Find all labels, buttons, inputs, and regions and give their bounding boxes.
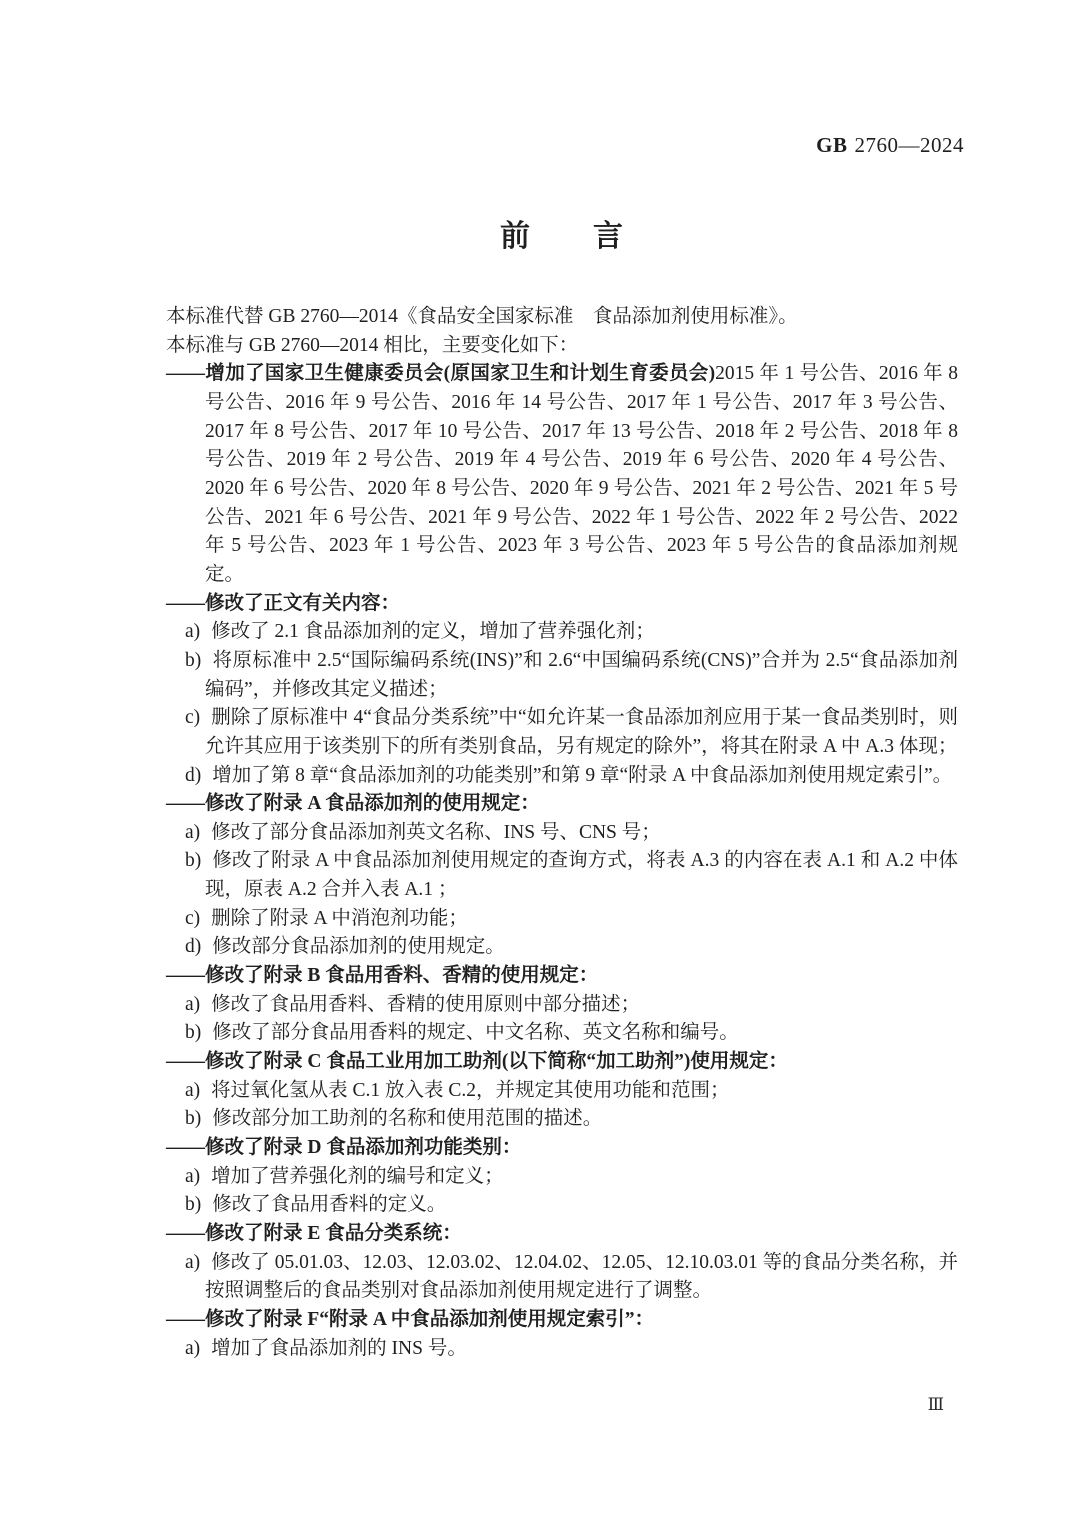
foreword-item: ——增加了国家卫生健康委员会(原国家卫生和计划生育委员会)2015 年 1 号公… <box>166 360 958 589</box>
item-rest: 2015 年 1 号公告、2016 年 8 号公告、2016 年 9 号公告、2… <box>205 363 958 585</box>
foreword-sub-item: a)增加了营养强化剂的编号和定义； <box>166 1163 958 1192</box>
standard-code-number: 2760—2024 <box>855 133 965 157</box>
sub-item-marker: b) <box>185 1194 201 1215</box>
foreword-item: ——修改了正文有关内容： <box>166 590 958 619</box>
sub-item-text: 删除了原标准中 4“食品分类系统”中“如允许某一食品添加剂应用于某一食品类别时，… <box>205 707 958 757</box>
sub-item-marker: a) <box>185 1252 200 1273</box>
foreword-sub-item: a)修改了 05.01.03、12.03、12.03.02、12.04.02、1… <box>166 1249 958 1306</box>
sub-item-marker: b) <box>185 1022 201 1043</box>
dash-marker: —— <box>166 1309 205 1330</box>
dash-marker: —— <box>166 363 205 384</box>
sub-item-text: 修改了食品用香料、香精的使用原则中部分描述； <box>211 994 640 1015</box>
sub-item-marker: a) <box>185 994 200 1015</box>
foreword-sub-item: d)增加了第 8 章“食品添加剂的功能类别”和第 9 章“附录 A 中食品添加剂… <box>166 762 958 791</box>
item-lead: 修改了附录 B 食品用香料、香精的使用规定： <box>205 965 598 986</box>
foreword-content: 本标准代替 GB 2760—2014《食品安全国家标准 食品添加剂使用标准》。 … <box>166 303 958 1363</box>
sub-item-marker: d) <box>185 765 201 786</box>
sub-item-text: 修改了食品用香料的定义。 <box>212 1194 446 1215</box>
dash-marker: —— <box>166 1051 205 1072</box>
foreword-item: ——修改了附录 B 食品用香料、香精的使用规定： <box>166 962 958 991</box>
sub-item-marker: a) <box>185 1166 200 1187</box>
standard-code: GB2760—2024 <box>816 133 964 158</box>
item-lead: 修改了附录 A 食品添加剂的使用规定： <box>205 793 540 814</box>
item-lead: 修改了附录 F“附录 A 中食品添加剂使用规定索引”： <box>205 1309 654 1330</box>
foreword-item: ——修改了附录 E 食品分类系统： <box>166 1220 958 1249</box>
foreword-sub-item: b)修改了附录 A 中食品添加剂使用规定的查询方式，将表 A.3 的内容在表 A… <box>166 847 958 904</box>
foreword-sub-item: a)修改了食品用香料、香精的使用原则中部分描述； <box>166 991 958 1020</box>
sub-item-text: 将过氧化氢从表 C.1 放入表 C.2，并规定其使用功能和范围； <box>211 1080 729 1101</box>
foreword-sub-item: d)修改部分食品添加剂的使用规定。 <box>166 933 958 962</box>
intro-paragraph: 本标准代替 GB 2760—2014《食品安全国家标准 食品添加剂使用标准》。 <box>166 303 958 332</box>
dash-marker: —— <box>166 1137 205 1158</box>
foreword-sub-item: b)修改了食品用香料的定义。 <box>166 1191 958 1220</box>
sub-item-marker: b) <box>185 650 201 671</box>
page-number: Ⅲ <box>928 1395 944 1415</box>
sub-item-text: 将原标准中 2.5“国际编码系统(INS)”和 2.6“中国编码系统(CNS)”… <box>205 650 958 700</box>
foreword-item: ——修改了附录 F“附录 A 中食品添加剂使用规定索引”： <box>166 1306 958 1335</box>
sub-item-text: 增加了食品添加剂的 INS 号。 <box>211 1338 467 1359</box>
foreword-sub-item: b)将原标准中 2.5“国际编码系统(INS)”和 2.6“中国编码系统(CNS… <box>166 647 958 704</box>
foreword-item: ——修改了附录 A 食品添加剂的使用规定： <box>166 790 958 819</box>
dash-marker: —— <box>166 593 205 614</box>
sub-item-marker: d) <box>185 936 201 957</box>
item-lead: 修改了正文有关内容： <box>205 593 400 614</box>
dash-marker: —— <box>166 1223 205 1244</box>
item-lead: 增加了国家卫生健康委员会(原国家卫生和计划生育委员会) <box>205 363 715 384</box>
sub-item-text: 修改了部分食品添加剂英文名称、INS 号、CNS 号； <box>211 822 661 843</box>
foreword-sub-item: a)增加了食品添加剂的 INS 号。 <box>166 1335 958 1364</box>
sub-item-marker: a) <box>185 1080 200 1101</box>
sub-item-text: 修改了附录 A 中食品添加剂使用规定的查询方式，将表 A.3 的内容在表 A.1… <box>205 850 958 900</box>
sub-item-marker: c) <box>185 908 200 929</box>
foreword-item: ——修改了附录 C 食品工业用加工助剂(以下简称“加工助剂”)使用规定： <box>166 1048 958 1077</box>
dash-marker: —— <box>166 793 205 814</box>
sub-item-text: 增加了营养强化剂的编号和定义； <box>211 1166 504 1187</box>
item-lead: 修改了附录 D 食品添加剂功能类别： <box>205 1137 521 1158</box>
foreword-sub-item: a)修改了部分食品添加剂英文名称、INS 号、CNS 号； <box>166 819 958 848</box>
foreword-sub-item: c)删除了附录 A 中消泡剂功能； <box>166 905 958 934</box>
sub-item-text: 修改了 05.01.03、12.03、12.03.02、12.04.02、12.… <box>205 1252 958 1302</box>
foreword-sub-item: a)将过氧化氢从表 C.1 放入表 C.2，并规定其使用功能和范围； <box>166 1077 958 1106</box>
standard-code-prefix: GB <box>816 133 847 157</box>
foreword-item: ——修改了附录 D 食品添加剂功能类别： <box>166 1134 958 1163</box>
item-lead: 修改了附录 C 食品工业用加工助剂(以下简称“加工助剂”)使用规定： <box>205 1051 788 1072</box>
sub-item-marker: c) <box>185 707 200 728</box>
sub-item-marker: a) <box>185 822 200 843</box>
document-page: GB2760—2024 前 言 本标准代替 GB 2760—2014《食品安全国… <box>0 0 1074 1520</box>
item-lead: 修改了附录 E 食品分类系统： <box>205 1223 462 1244</box>
foreword-sub-item: c)删除了原标准中 4“食品分类系统”中“如允许某一食品添加剂应用于某一食品类别… <box>166 704 958 761</box>
sub-item-text: 修改了部分食品用香料的规定、中文名称、英文名称和编号。 <box>212 1022 739 1043</box>
foreword-sub-item: b)修改部分加工助剂的名称和使用范围的描述。 <box>166 1105 958 1134</box>
sub-item-text: 增加了第 8 章“食品添加剂的功能类别”和第 9 章“附录 A 中食品添加剂使用… <box>212 765 952 786</box>
sub-item-marker: b) <box>185 850 201 871</box>
dash-marker: —— <box>166 965 205 986</box>
sub-item-text: 修改部分加工助剂的名称和使用范围的描述。 <box>212 1108 602 1129</box>
sub-item-text: 修改了 2.1 食品添加剂的定义，增加了营养强化剂； <box>211 621 655 642</box>
sub-item-marker: a) <box>185 1338 200 1359</box>
foreword-sub-item: a)修改了 2.1 食品添加剂的定义，增加了营养强化剂； <box>166 618 958 647</box>
sub-item-text: 修改部分食品添加剂的使用规定。 <box>212 936 505 957</box>
page-title: 前 言 <box>166 211 958 255</box>
sub-item-marker: a) <box>185 621 200 642</box>
sub-item-marker: b) <box>185 1108 201 1129</box>
sub-item-text: 删除了附录 A 中消泡剂功能； <box>211 908 468 929</box>
foreword-sub-item: b)修改了部分食品用香料的规定、中文名称、英文名称和编号。 <box>166 1019 958 1048</box>
intro-paragraph: 本标准与 GB 2760—2014 相比，主要变化如下： <box>166 332 958 361</box>
